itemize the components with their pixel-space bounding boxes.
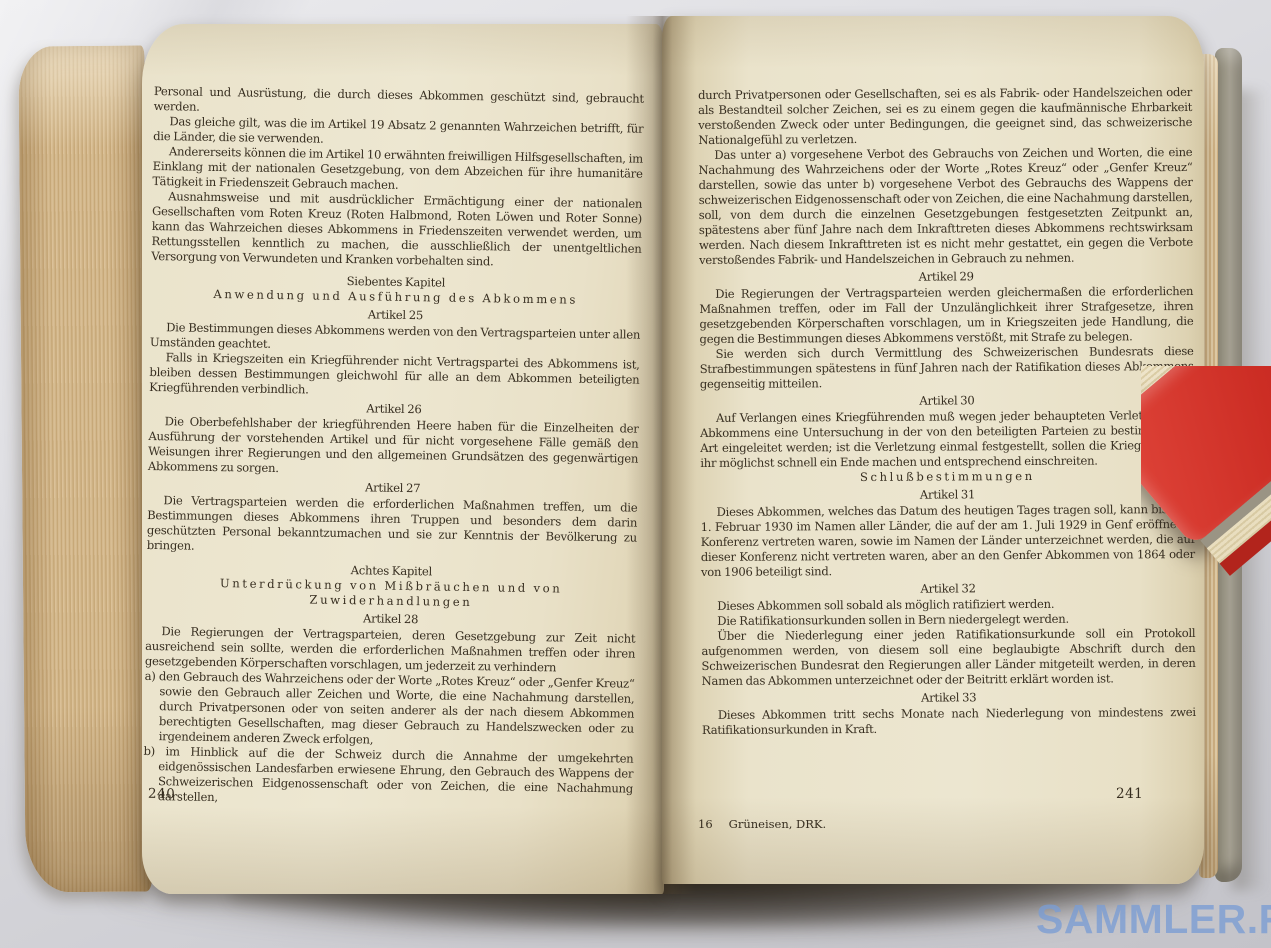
paragraph: Falls in Kriegszeiten ein Kriegführender… (149, 350, 640, 403)
red-book-body (1141, 366, 1271, 576)
right-page-text: durch Privatpersonen oder Gesellschaften… (698, 85, 1196, 738)
page-number-right: 241 (1116, 786, 1143, 802)
article-30-heading: Artikel 30 (700, 392, 1194, 410)
paragraph: Sie werden sich durch Vermittlung des Sc… (700, 344, 1194, 392)
final-provisions-heading: Schlußbestimmungen (700, 468, 1194, 486)
article-33-heading: Artikel 33 (702, 689, 1196, 707)
chapter-8-title: Unterdrückung von Mißbräuchen und von Zu… (146, 575, 636, 613)
list-item-a: a) den Gebrauch des Wahrzeichens oder de… (144, 669, 635, 752)
article-32-heading: Artikel 32 (701, 580, 1195, 598)
list-item-b-text: im Hinblick auf die der Schweiz durch di… (158, 744, 634, 804)
printer-signature: 16Grüneisen, DRK. (698, 817, 826, 831)
article-31-heading: Artikel 31 (700, 486, 1194, 504)
paragraph: Auf Verlangen eines Kriegführenden muß w… (700, 408, 1194, 471)
left-page-fore-edge (18, 45, 151, 892)
paragraph: Die Regierungen der Vertragsparteien, de… (145, 624, 636, 677)
page-number-left: 240 (148, 786, 176, 802)
paragraph: Dieses Abkommen, welches das Datum des h… (701, 502, 1195, 580)
signature-number: 16 (698, 817, 713, 831)
signature-title: Grüneisen, DRK. (729, 817, 827, 831)
list-item-b-label: b) (143, 744, 155, 758)
paragraph: Die Vertragsparteien werden die erforder… (147, 493, 638, 561)
paragraph: Das unter a) vorgesehene Verbot des Gebr… (698, 145, 1193, 268)
list-item-b: b) im Hinblick auf die der Schweiz durch… (143, 744, 634, 812)
list-item-a-text: den Gebrauch des Wahrzeichens oder der W… (159, 669, 635, 746)
paragraph: Ausnahmsweise und mit ausdrücklicher Erm… (151, 189, 642, 272)
paragraph: Dieses Abkommen tritt sechs Monate nach … (702, 705, 1196, 738)
paragraph: Über die Niederlegung einer jeden Ratifi… (701, 626, 1195, 689)
list-item-a-label: a) (145, 669, 156, 683)
paragraph: Die Oberbefehlshaber der kriegführenden … (148, 414, 639, 482)
paragraph: durch Privatpersonen oder Gesellschaften… (698, 85, 1192, 148)
book-photo: Personal und Ausrüstung, die durch diese… (0, 0, 1271, 948)
paragraph: Andererseits können die im Artikel 10 er… (152, 144, 643, 197)
red-book (1141, 366, 1271, 674)
left-page-text: Personal und Ausrüstung, die durch diese… (143, 84, 644, 812)
watermark: SAMMLER.RU (1036, 896, 1271, 943)
article-29-heading: Artikel 29 (699, 268, 1193, 286)
paragraph: Die Regierungen der Vertragsparteien wer… (699, 284, 1193, 347)
